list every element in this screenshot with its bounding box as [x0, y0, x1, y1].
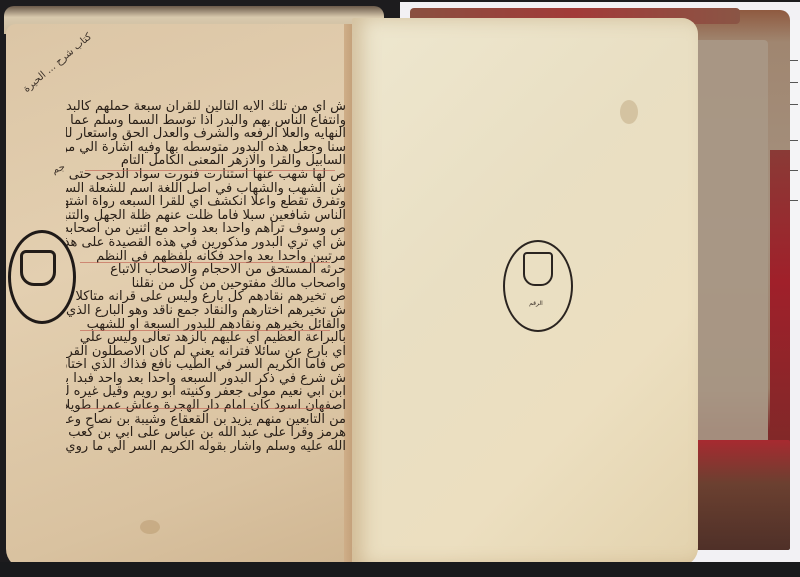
text-line: بالبراعة العظيم اي عليهم بالزهد تعالى ول…	[66, 331, 346, 345]
text-line: ابن ابي نعيم مولى جعفر وكنيته ابو رويم و…	[66, 385, 346, 399]
rubric-line	[80, 262, 330, 263]
text-line: الناس شافعين سبلا فاما ظلت عنهم ظلة الجه…	[66, 209, 346, 223]
text-line: ش اي تري البدور مذكورين في هذه القصيدة ع…	[66, 236, 346, 250]
text-line: الله عليه وسلم واشار بقوله الكريم السر ا…	[66, 440, 346, 454]
text-line: السابيل والقرا والازهر المعنى الكامل الت…	[66, 154, 346, 168]
text-line: سنا وجعل هذه البدور متوسطه بها وفيه اشار…	[66, 141, 346, 155]
text-line: حرثه المستحق من الاحجام والاصحاب الاتباع	[66, 263, 346, 277]
text-line: ش اي من تلك الايه التالين للقرآن سبعة حم…	[66, 100, 346, 114]
manuscript-text: ش اي من تلك الايه التالين للقرآن سبعة حم…	[66, 100, 346, 540]
hand-emblem-icon	[20, 250, 56, 286]
text-line: ص فاما الكريم السر في الطيب نافع فذاك ال…	[66, 358, 346, 372]
dark-background-strip	[0, 562, 800, 577]
manuscript-photo: كتاب شرح ... الحيرة جم ش اي من تلك الايه…	[0, 0, 800, 577]
text-line: اصفهان اسود كان امام دار الهجرة وعاش عمر…	[66, 399, 346, 413]
cover-red-edge	[770, 150, 790, 480]
rubric-line	[80, 330, 330, 331]
text-line: وانتفاع الناس بهم والبدر اذا توسط السما …	[66, 114, 346, 128]
text-line: ش شرع في ذكر البدور السبعه واحدا بعد واح…	[66, 372, 346, 386]
hand-emblem-icon	[523, 252, 553, 286]
text-line: من التابعين منهم يزيد بن القعقاع وشيبة ب…	[66, 413, 346, 427]
rubric-line	[80, 408, 330, 409]
text-line: اي بارع عن سائلا فترانه يعني لم كان الاص…	[66, 345, 346, 359]
text-line: ش الشهب والشهاب في اصل اللغة اسم للشعلة …	[66, 182, 346, 196]
text-line: ص تخيرهم نقادهم كل بارع وليس على قرآنه م…	[66, 290, 346, 304]
text-line: ش تخيرهم اختارهم والنقاد جمع ناقد وهو ال…	[66, 304, 346, 318]
text-line: ص وسوف تراهم واحدا بعد واحد مع اثنين من …	[66, 222, 346, 236]
text-line: هرمز وقرا على عبد الله بن عباس على ابي ب…	[66, 426, 346, 440]
rubric-line	[85, 170, 335, 171]
text-line: وتفرق تقطع واعلا انكشف اي للقرا السبعه ر…	[66, 195, 346, 209]
text-line: واصحاب مالك مفتوحين من كل من نقلنا	[66, 277, 346, 291]
text-line: النهايه والعلا الرفعه والشرف والعدل الحق…	[66, 127, 346, 141]
stamp-text: الرقم	[510, 300, 562, 307]
cover-red-corner	[690, 440, 790, 550]
